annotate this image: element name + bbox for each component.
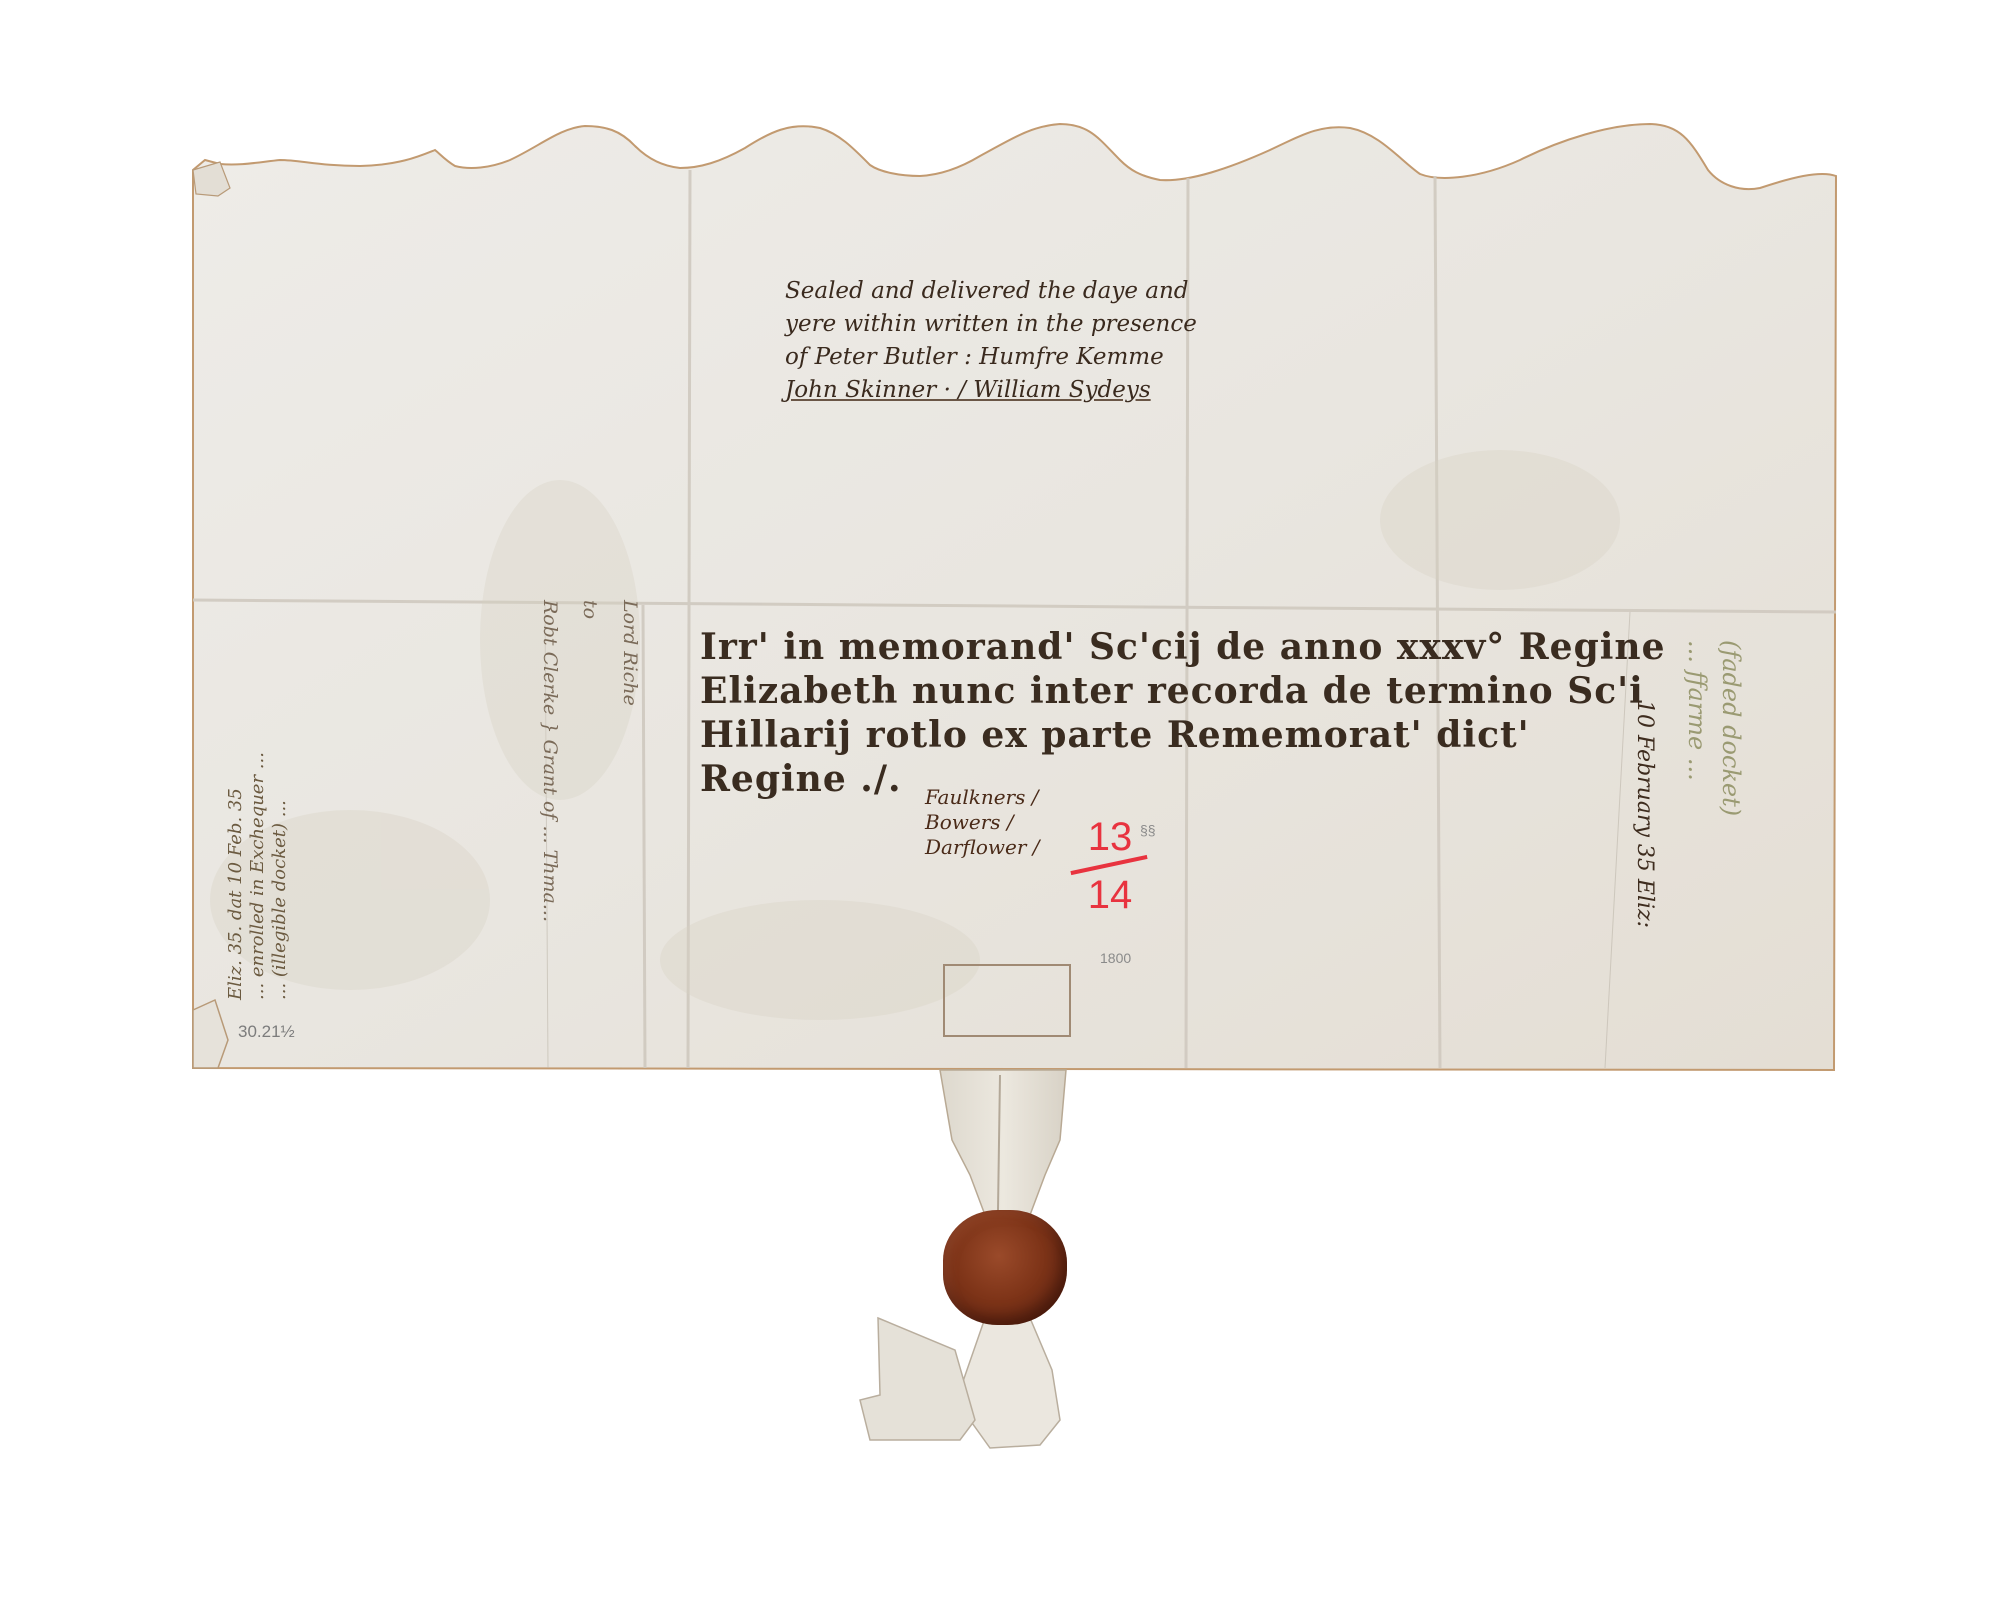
- left-vertical-docket: Lord Riche to Robt Clerke } Grant of ...…: [530, 600, 650, 922]
- endorsement-line: of Peter Butler : Humfre Kemme: [785, 341, 1197, 374]
- names-list: Faulkners / Bowers / Darflower /: [925, 785, 1040, 860]
- endorsement-line: yere within written in the presence: [785, 308, 1197, 341]
- enrolment-line: Irr' in memorand' Sc'cij de anno xxxv° R…: [700, 625, 1666, 669]
- vertical-line: ... enrolled in Exchequer ...: [247, 752, 269, 1000]
- right-vertical-faded-note: (faded docket) ... ffarme ...: [1680, 640, 1748, 816]
- enrolment-line: Hillarij rotlo ex parte Rememorat' dict': [700, 713, 1666, 757]
- vertical-line: (faded docket): [1714, 640, 1748, 816]
- catalog-number: 30.21½: [238, 1022, 295, 1042]
- vertical-line: Eliz. 35. dat 10 Feb. 35: [225, 752, 247, 1000]
- name-item: Faulkners /: [925, 785, 1040, 810]
- name-item: Darflower /: [925, 835, 1040, 860]
- fraction-numerator: 13: [1088, 815, 1133, 859]
- right-vertical-date: 10 February 35 Eliz:: [1632, 700, 1657, 928]
- enrolment-line: Regine ./.: [700, 757, 1666, 801]
- document-viewer: Sealed and delivered the daye and yere w…: [0, 0, 2000, 1600]
- vertical-line: to: [570, 600, 610, 922]
- left-vertical-note: Eliz. 35. dat 10 Feb. 35 ... enrolled in…: [225, 752, 291, 1000]
- vertical-line: Robt Clerke } Grant of ... Thma...: [530, 600, 570, 922]
- enrolment-note: Irr' in memorand' Sc'cij de anno xxxv° R…: [700, 625, 1666, 801]
- pencil-mark: 1800: [1100, 950, 1131, 966]
- name-item: Bowers /: [925, 810, 1040, 835]
- wax-seal: [943, 1210, 1067, 1325]
- vertical-line: ... (illegible docket) ...: [269, 752, 291, 1000]
- fraction-denominator: 14: [1088, 873, 1133, 917]
- pencil-mark: §§: [1140, 822, 1156, 838]
- red-fraction-mark: 13 14: [1070, 815, 1150, 917]
- vertical-line: ... ffarme ...: [1680, 640, 1714, 816]
- endorsement-line: Sealed and delivered the daye and: [785, 275, 1197, 308]
- enrolment-line: Elizabeth nunc inter recorda de termino …: [700, 669, 1666, 713]
- vertical-line: Lord Riche: [610, 600, 650, 922]
- endorsement-signatures: John Skinner · / William Sydeys: [785, 374, 1197, 407]
- endorsement-text: Sealed and delivered the daye and yere w…: [785, 275, 1197, 407]
- seal-tag: [940, 1070, 1066, 1215]
